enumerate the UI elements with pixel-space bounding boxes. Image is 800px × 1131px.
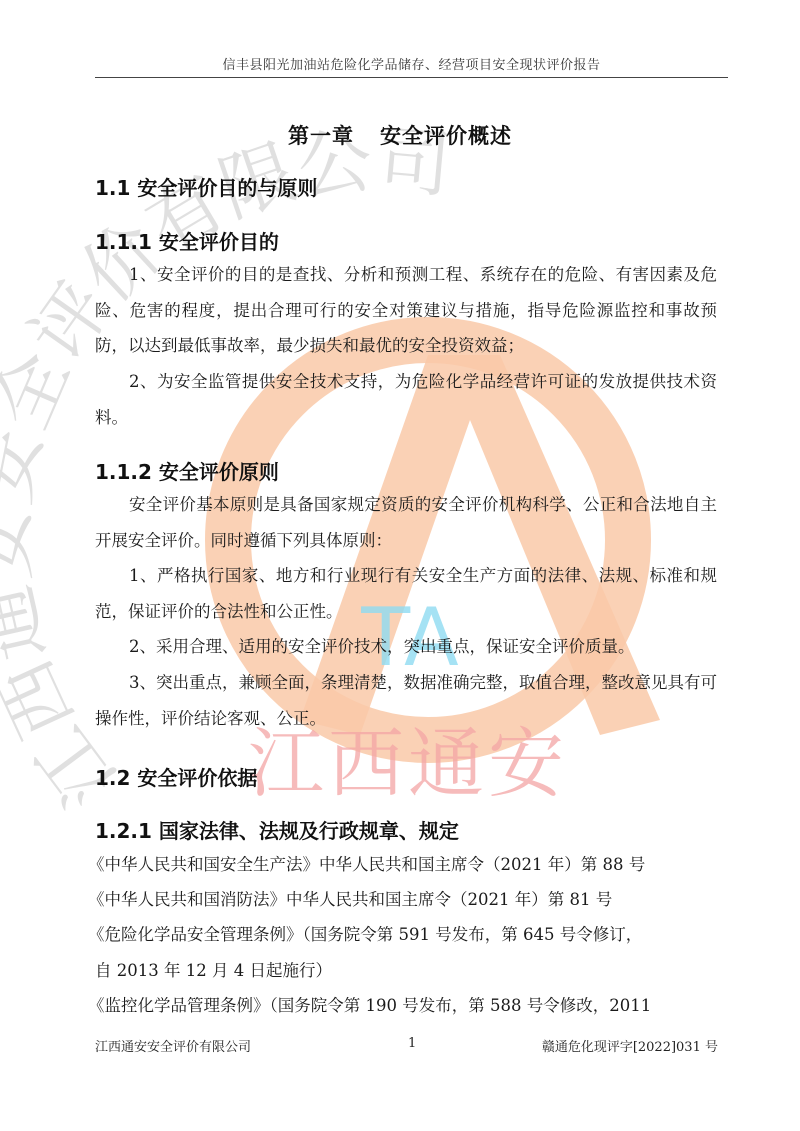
paragraph-principle-3: 3、突出重点，兼顾全面，条理清楚，数据准确完整，取值合理，整改意见具有可操作性，… — [95, 665, 717, 736]
header-divider — [95, 77, 728, 78]
reference-line: 《危险化学品安全管理条例》（国务院令第 591 号发布，第 645 号令修订， — [88, 921, 642, 945]
running-header: 信丰县阳光加油站危险化学品储存、经营项目安全现状评价报告 — [95, 54, 728, 73]
paragraph-principle-2: 2、采用合理、适用的安全评价技术，突出重点，保证安全评价质量。 — [95, 629, 717, 665]
chapter-title: 第一章安全评价概述 — [0, 120, 800, 150]
footer-company: 江西通安安全评价有限公司 — [95, 1036, 251, 1055]
paragraph-principle-intro: 安全评价基本原则是具备国家规定资质的安全评价机构科学、公正和合法地自主开展安全评… — [95, 487, 717, 558]
footer-document-number: 赣通危化现评字[2022]031 号 — [542, 1036, 718, 1055]
paragraph-principle-1: 1、严格执行国家、地方和行业现行有关安全生产方面的法律、法规、标准和规范，保证评… — [95, 558, 717, 629]
section-heading-1-2: 1.2 安全评价依据 — [95, 762, 257, 791]
section-heading-1-2-1: 1.2.1 国家法律、法规及行政规章、规定 — [95, 815, 459, 844]
section-heading-1-1-2: 1.1.2 安全评价原则 — [95, 456, 279, 485]
footer-page-number: 1 — [408, 1036, 416, 1051]
section-heading-1-1-1: 1.1.1 安全评价目的 — [95, 226, 279, 255]
reference-line: 自 2013 年 12 月 4 日起施行） — [95, 957, 332, 981]
reference-line: 《中华人民共和国安全生产法》中华人民共和国主席令（2021 年）第 88 号 — [88, 851, 645, 875]
document-page: 江西通安安全评价有限公司 TA 江西通安 信丰县阳光加油站危险化学品储存、经营项… — [0, 0, 800, 1131]
paragraph-purpose-2: 2、为安全监管提供安全技术支持，为危险化学品经营许可证的发放提供技术资料。 — [95, 364, 717, 435]
section-heading-1-1: 1.1 安全评价目的与原则 — [95, 172, 317, 201]
paragraph-purpose-1: 1、安全评价的目的是查找、分析和预测工程、系统存在的危险、有害因素及危险、危害的… — [95, 257, 717, 364]
reference-line: 《中华人民共和国消防法》中华人民共和国主席令（2021 年）第 81 号 — [88, 886, 612, 910]
chapter-number: 第一章 — [288, 124, 354, 148]
reference-line: 《监控化学品管理条例》（国务院令第 190 号发布，第 588 号令修改，201… — [88, 992, 651, 1016]
chapter-name: 安全评价概述 — [380, 124, 512, 148]
